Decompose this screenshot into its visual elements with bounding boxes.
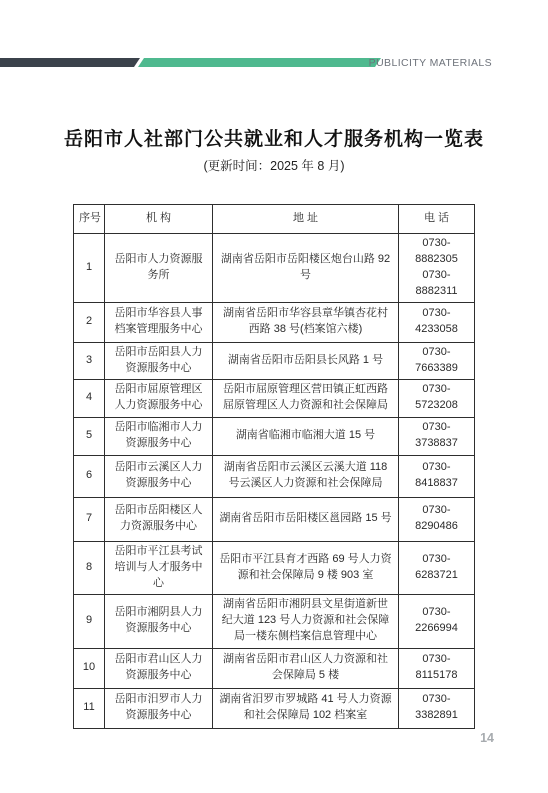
page-subtitle: (更新时间：2025 年 8 月) xyxy=(0,156,548,174)
cell-phone: 0730-2266994 xyxy=(399,594,475,648)
cell-phone: 0730-3738837 xyxy=(399,417,475,455)
cell-no: 2 xyxy=(74,302,105,342)
cell-org: 岳阳市湘阴县人力资源服务中心 xyxy=(105,594,213,648)
cell-org: 岳阳市临湘市人力资源服务中心 xyxy=(105,417,213,455)
cell-addr: 岳阳市屈原管理区营田镇正虹西路屈原管理区人力资源和社会保障局 xyxy=(213,379,399,417)
cell-addr: 湖南省汨罗市罗城路 41 号人力资源和社会保障局 102 档案室 xyxy=(213,688,399,728)
cell-addr: 湖南省岳阳市云溪区云溪大道 118 号云溪区人力资源和社会保障局 xyxy=(213,455,399,497)
table-row: 3 岳阳市岳阳县人力资源服务中心 湖南省岳阳市岳阳县长风路 1 号 0730-7… xyxy=(74,342,475,379)
cell-org: 岳阳市岳阳县人力资源服务中心 xyxy=(105,342,213,379)
cell-addr: 湖南省岳阳市湘阴县文星街道新世纪大道 123 号人力资源和社会保障局一楼东侧档案… xyxy=(213,594,399,648)
table-row: 11 岳阳市汨罗市人力资源服务中心 湖南省汨罗市罗城路 41 号人力资源和社会保… xyxy=(74,688,475,728)
cell-phone: 0730-8882305 0730-8882311 xyxy=(399,234,475,303)
cell-addr: 湖南省岳阳市岳阳楼区邕园路 15 号 xyxy=(213,497,399,541)
cell-org: 岳阳市云溪区人力资源服务中心 xyxy=(105,455,213,497)
col-header-addr: 地 址 xyxy=(213,205,399,234)
cell-addr: 湖南省岳阳市华容县章华镇杏花村西路 38 号(档案馆六楼) xyxy=(213,302,399,342)
cell-addr: 湖南省岳阳市岳阳县长风路 1 号 xyxy=(213,342,399,379)
cell-no: 6 xyxy=(74,455,105,497)
cell-org: 岳阳市平江县考试培训与人才服务中心 xyxy=(105,541,213,594)
page-number: 14 xyxy=(480,731,494,745)
cell-org: 岳阳市君山区人力资源服务中心 xyxy=(105,648,213,688)
cell-no: 1 xyxy=(74,234,105,303)
table-row: 9 岳阳市湘阴县人力资源服务中心 湖南省岳阳市湘阴县文星街道新世纪大道 123 … xyxy=(74,594,475,648)
table-row: 2 岳阳市华容县人事档案管理服务中心 湖南省岳阳市华容县章华镇杏花村西路 38 … xyxy=(74,302,475,342)
cell-no: 8 xyxy=(74,541,105,594)
table-row: 7 岳阳市岳阳楼区人力资源服务中心 湖南省岳阳市岳阳楼区邕园路 15 号 073… xyxy=(74,497,475,541)
cell-phone: 0730-6283721 xyxy=(399,541,475,594)
cell-no: 3 xyxy=(74,342,105,379)
col-header-no: 序号 xyxy=(74,205,105,234)
table-header-row: 序号 机 构 地 址 电 话 xyxy=(74,205,475,234)
col-header-org: 机 构 xyxy=(105,205,213,234)
table-row: 1 岳阳市人力资源服务所 湖南省岳阳市岳阳楼区炮台山路 92 号 0730-88… xyxy=(74,234,475,303)
cell-addr: 湖南省岳阳市君山区人力资源和社会保障局 5 楼 xyxy=(213,648,399,688)
cell-no: 9 xyxy=(74,594,105,648)
cell-phone: 0730-4233058 xyxy=(399,302,475,342)
header-teal-bar xyxy=(138,58,381,67)
table-row: 8 岳阳市平江县考试培训与人才服务中心 岳阳市平江县育才西路 69 号人力资源和… xyxy=(74,541,475,594)
cell-org: 岳阳市屈原管理区人力资源服务中心 xyxy=(105,379,213,417)
cell-no: 5 xyxy=(74,417,105,455)
col-header-phone: 电 话 xyxy=(399,205,475,234)
page-title: 岳阳市人社部门公共就业和人才服务机构一览表 xyxy=(0,124,548,151)
cell-addr: 湖南省岳阳市岳阳楼区炮台山路 92 号 xyxy=(213,234,399,303)
cell-phone: 0730-8418837 xyxy=(399,455,475,497)
cell-addr: 湖南省临湘市临湘大道 15 号 xyxy=(213,417,399,455)
table-row: 6 岳阳市云溪区人力资源服务中心 湖南省岳阳市云溪区云溪大道 118 号云溪区人… xyxy=(74,455,475,497)
cell-no: 11 xyxy=(74,688,105,728)
cell-no: 7 xyxy=(74,497,105,541)
header-section-label: PUBLICITY MATERIALS xyxy=(369,57,492,69)
table-row: 5 岳阳市临湘市人力资源服务中心 湖南省临湘市临湘大道 15 号 0730-37… xyxy=(74,417,475,455)
cell-no: 4 xyxy=(74,379,105,417)
cell-org: 岳阳市华容县人事档案管理服务中心 xyxy=(105,302,213,342)
cell-phone: 0730-7663389 xyxy=(399,342,475,379)
cell-phone: 0730-5723208 xyxy=(399,379,475,417)
cell-phone: 0730-3382891 xyxy=(399,688,475,728)
table-row: 4 岳阳市屈原管理区人力资源服务中心 岳阳市屈原管理区营田镇正虹西路屈原管理区人… xyxy=(74,379,475,417)
cell-org: 岳阳市汨罗市人力资源服务中心 xyxy=(105,688,213,728)
cell-phone: 0730-8115178 xyxy=(399,648,475,688)
table-row: 10 岳阳市君山区人力资源服务中心 湖南省岳阳市君山区人力资源和社会保障局 5 … xyxy=(74,648,475,688)
cell-addr: 岳阳市平江县育才西路 69 号人力资源和社会保障局 9 楼 903 室 xyxy=(213,541,399,594)
cell-phone: 0730-8290486 xyxy=(399,497,475,541)
header-dark-bar xyxy=(0,58,140,67)
cell-org: 岳阳市岳阳楼区人力资源服务中心 xyxy=(105,497,213,541)
cell-org: 岳阳市人力资源服务所 xyxy=(105,234,213,303)
agency-table: 序号 机 构 地 址 电 话 1 岳阳市人力资源服务所 湖南省岳阳市岳阳楼区炮台… xyxy=(73,204,475,729)
cell-no: 10 xyxy=(74,648,105,688)
